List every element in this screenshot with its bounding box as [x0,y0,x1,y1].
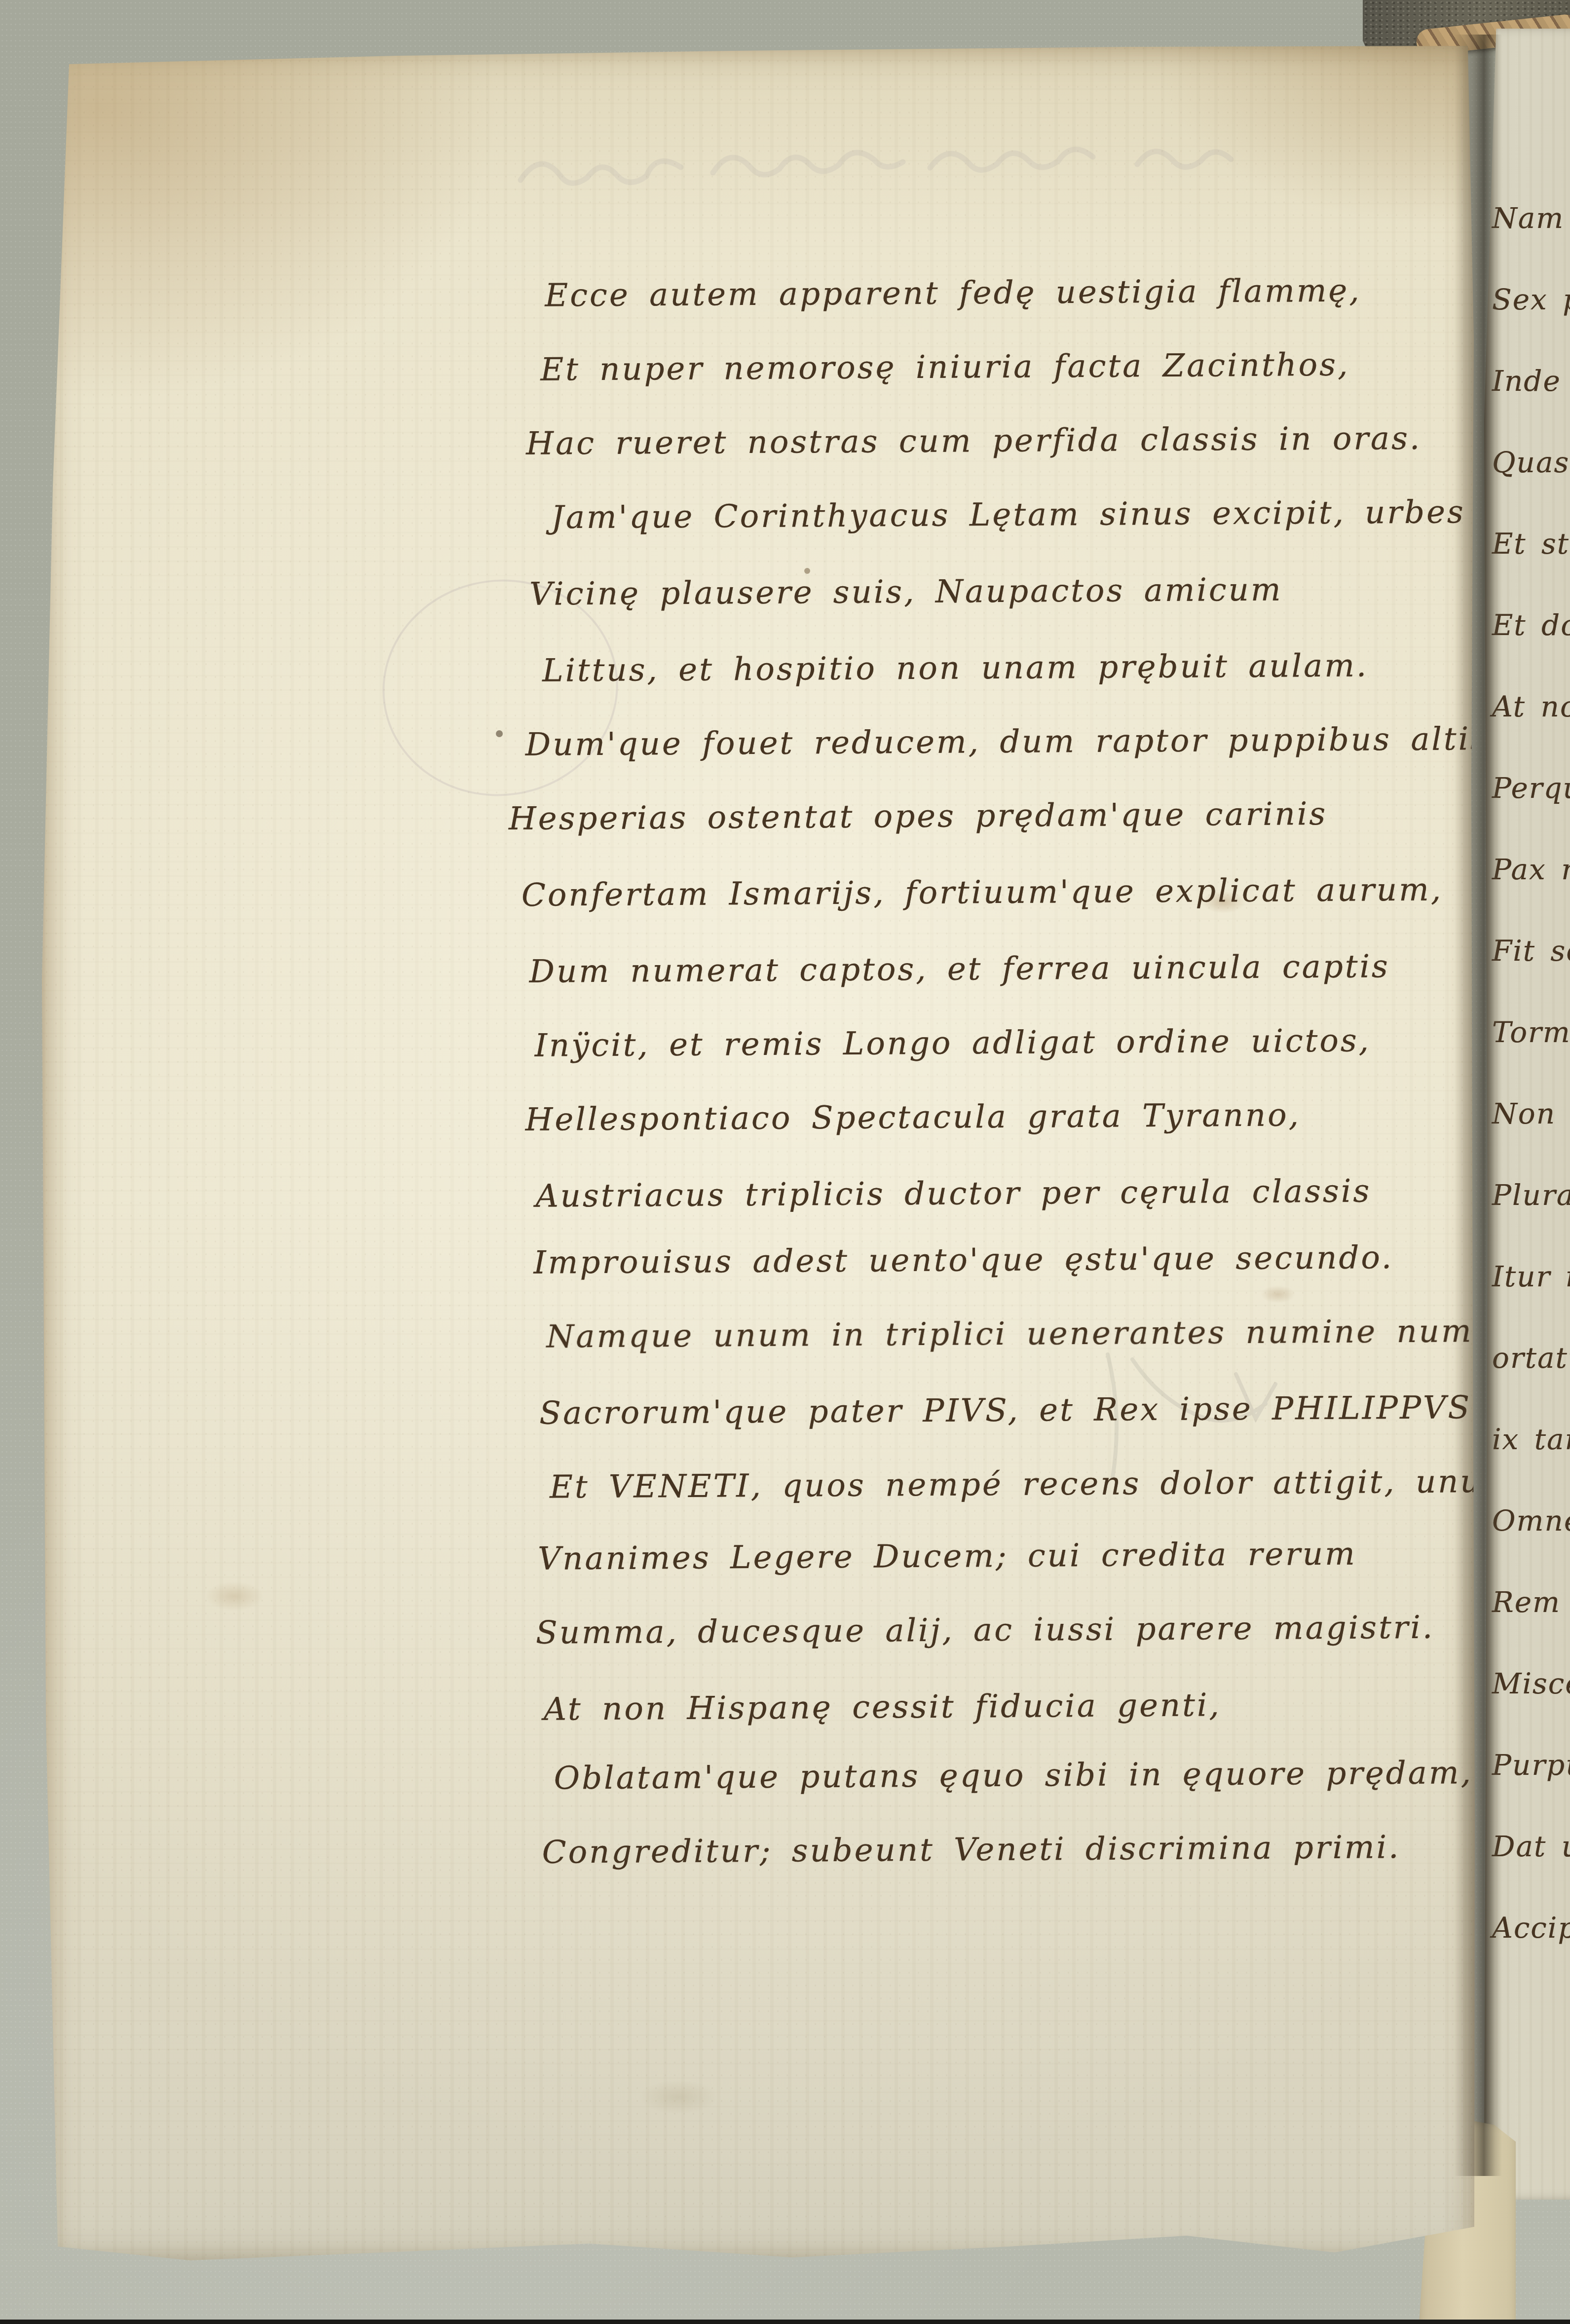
next-page-text-fragment: Et domin [1492,608,1570,642]
next-page-text-fragment: Quas u [1492,446,1570,479]
next-page-text-fragment: Rem prop [1492,1585,1570,1619]
poem-line: Vnanimes Legere Ducem; cui credita rerum [538,1536,1357,1577]
next-page-text-fragment: Dat uictu [1492,1830,1570,1863]
next-page-text-fragment: Itur in [1492,1260,1570,1293]
poem-line: Et nuper nemorosę iniuria facta Zacintho… [540,347,1350,388]
next-page-text-fragment: Omne ge [1492,1504,1570,1537]
poem-line: Jam'que Corinthyacus Lętam sinus excipit… [551,494,1465,536]
next-page-text-fragment: Tormentis [1492,1015,1570,1049]
poem-line: Hellespontiaco Spectacula grata Tyranno, [525,1097,1301,1138]
next-page-text-fragment: At nost [1492,690,1570,723]
verse-text-block: Ecce autem apparent fedę uestigia flammę… [35,37,1482,2269]
poem-line: Oblatam'que putans ęquo sibi in ęquore p… [554,1755,1473,1797]
scanned-manuscript-photo: Nam qu Sex prin Inde ali Quas u Et strep… [0,0,1570,2324]
next-page-text-fragment: Inde ali [1492,364,1570,398]
poem-line: Vicinę plausere suis, Naupactos amicum [529,571,1283,612]
poem-line: Improuisus adest uento'que ęstu'que secu… [533,1239,1393,1281]
next-page-text-fragment: Fit sonit [1492,934,1570,968]
poem-line: Sacrorum'que pater PIVS, et Rex ipse PHI… [539,1389,1471,1432]
poem-line: Hesperias ostentat opes prędam'que carin… [509,796,1328,837]
poem-line: Inÿcit, et remis Longo adligat ordine ui… [534,1022,1371,1064]
poem-line: Littus, et hospitio non unam prębuit aul… [542,647,1369,689]
poem-line: Dum'que fouet reducem, dum raptor puppib… [525,721,1489,763]
next-page-edge: Nam qu Sex prin Inde ali Quas u Et strep… [1484,29,1570,2200]
poem-line: Hac rueret nostras cum perfida classis i… [526,420,1422,462]
poem-line: Congreditur; subeunt Veneti discrimina p… [542,1829,1400,1871]
next-page-text-fragment: Plura, n [1492,1178,1570,1212]
next-page-text-fragment: Nam qu [1492,201,1570,235]
manuscript-page: Ecce autem apparent fedę uestigia flammę… [42,42,1475,2265]
next-page-text-fragment: Miscentu [1492,1667,1570,1700]
poem-line: Confertam Ismarijs, fortiuum'que explica… [522,872,1443,914]
next-page-text-fragment: Pax mag [1492,853,1570,886]
poem-line: At non Hispanę cessit fiducia genti, [544,1687,1221,1727]
next-page-text-fragment: Perque p [1492,771,1570,805]
poem-line: Dum numerat captos, et ferrea uincula ca… [529,948,1390,990]
next-page-text-fragment: Sex prin [1492,283,1570,316]
poem-line: Ecce autem apparent fedę uestigia flammę… [545,273,1361,314]
next-page-text-fragment: Non un [1492,1097,1570,1130]
next-page-text-fragment: Et strep [1492,527,1570,561]
next-page-text-fragment: ortatur [1492,1341,1570,1375]
next-page-text-fragment: Accipit, e [1492,1911,1570,1945]
next-page-text-fragment: Purpureo [1492,1748,1570,1782]
poem-line: Austriacus triplicis ductor per cęrula c… [535,1173,1371,1214]
poem-line: Et VENETI, quos nempé recens dolor attig… [550,1463,1515,1506]
scan-border [0,2320,1570,2324]
poem-line: Summa, ducesque alij, ac iussi parere ma… [536,1610,1435,1651]
poem-line: Namque unum in triplici uenerantes numin… [546,1312,1528,1355]
next-page-text-fragment: ix tan [1492,1423,1570,1456]
